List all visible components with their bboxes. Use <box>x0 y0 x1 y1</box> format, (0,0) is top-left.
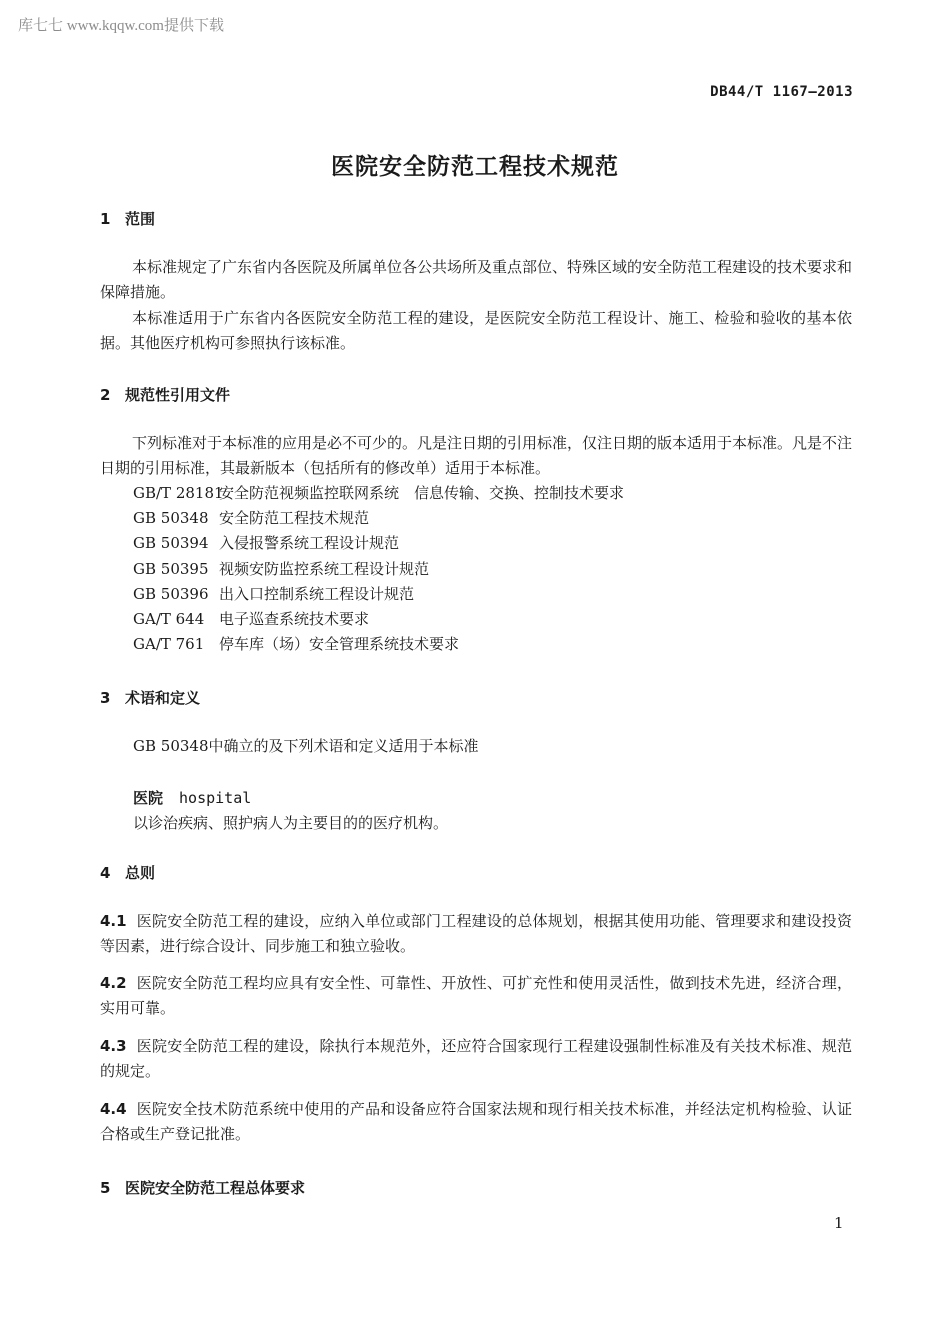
reference-code: GB 50395 <box>133 557 219 582</box>
reference-title: 安全防范视频监控联网系统 信息传输、交换、控制技术要求 <box>219 484 624 502</box>
reference-item: GA/T 761停车库（场）安全管理系统技术要求 <box>133 632 624 657</box>
section-number: 1 <box>100 210 125 228</box>
reference-item: GB/T 28181安全防范视频监控联网系统 信息传输、交换、控制技术要求 <box>133 481 624 506</box>
page-number: 1 <box>834 1214 844 1232</box>
section-2-heading: 2规范性引用文件 <box>100 384 230 405</box>
clause-4-3: 4.3医院安全防范工程的建设，除执行本规范外，还应符合国家现行工程建设强制性标准… <box>100 1034 852 1084</box>
section-number: 2 <box>100 386 125 404</box>
section-4-heading: 4总则 <box>100 862 155 883</box>
section-1-heading: 1范围 <box>100 208 155 229</box>
clause-4-1: 4.1医院安全防范工程的建设，应纳入单位或部门工程建设的总体规划，根据其使用功能… <box>100 909 852 959</box>
reference-item: GB 50396出入口控制系统工程设计规范 <box>133 582 624 607</box>
clause-text: 医院安全防范工程的建设，应纳入单位或部门工程建设的总体规划，根据其使用功能、管理… <box>100 912 852 955</box>
clause-4-2: 4.2医院安全防范工程均应具有安全性、可靠性、开放性、可扩充性和使用灵活性，做到… <box>100 971 852 1021</box>
section-2-intro: 下列标准对于本标准的应用是必不可少的。凡是注日期的引用标准，仅注日期的版本适用于… <box>100 431 852 481</box>
clause-number: 4.2 <box>100 974 127 992</box>
section-title: 医院安全防范工程总体要求 <box>125 1179 305 1197</box>
reference-item: GB 50394入侵报警系统工程设计规范 <box>133 531 624 556</box>
section-title: 术语和定义 <box>125 689 200 707</box>
clause-text: 医院安全防范工程的建设，除执行本规范外，还应符合国家现行工程建设强制性标准及有关… <box>100 1037 852 1080</box>
reference-code: GB 50348 <box>133 506 219 531</box>
clause-number: 4.1 <box>100 912 127 930</box>
section-3-intro: GB 50348中确立的及下列术语和定义适用于本标准 <box>133 734 479 759</box>
document-number: DB44/T 1167—2013 <box>710 84 853 100</box>
reference-item: GB 50395视频安防监控系统工程设计规范 <box>133 557 624 582</box>
reference-item: GA/T 644电子巡查系统技术要求 <box>133 607 624 632</box>
page-title: 医院安全防范工程技术规范 <box>0 148 950 181</box>
section-1-paragraph-1: 本标准规定了广东省内各医院及所属单位各公共场所及重点部位、特殊区域的安全防范工程… <box>100 255 852 305</box>
section-title: 范围 <box>125 210 155 228</box>
reference-title: 停车库（场）安全管理系统技术要求 <box>219 635 459 653</box>
term-english: hospital <box>179 789 251 807</box>
term-entry: 医院hospital 以诊治疾病、照护病人为主要目的的医疗机构。 <box>133 786 448 836</box>
term-chinese: 医院 <box>133 789 163 807</box>
section-1-paragraph-2: 本标准适用于广东省内各医院安全防范工程的建设，是医院安全防范工程设计、施工、检验… <box>100 306 852 356</box>
reference-code: GB 50394 <box>133 531 219 556</box>
reference-code: GA/T 761 <box>133 632 219 657</box>
reference-code: GB 50396 <box>133 582 219 607</box>
clause-4-4: 4.4医院安全技术防范系统中使用的产品和设备应符合国家法规和现行相关技术标准，并… <box>100 1097 852 1147</box>
reference-title: 安全防范工程技术规范 <box>219 509 369 527</box>
section-title: 规范性引用文件 <box>125 386 230 404</box>
reference-title: 入侵报警系统工程设计规范 <box>219 534 399 552</box>
section-number: 3 <box>100 689 125 707</box>
reference-title: 出入口控制系统工程设计规范 <box>219 585 414 603</box>
section-5-heading: 5医院安全防范工程总体要求 <box>100 1177 305 1198</box>
section-title: 总则 <box>125 864 155 882</box>
clause-text: 医院安全技术防范系统中使用的产品和设备应符合国家法规和现行相关技术标准，并经法定… <box>100 1100 852 1143</box>
section-number: 5 <box>100 1179 125 1197</box>
term-definition: 以诊治疾病、照护病人为主要目的的医疗机构。 <box>133 811 448 836</box>
clause-number: 4.3 <box>100 1037 127 1055</box>
section-number: 4 <box>100 864 125 882</box>
clause-number: 4.4 <box>100 1100 127 1118</box>
reference-code: GA/T 644 <box>133 607 219 632</box>
watermark: 库七七 www.kqqw.com提供下载 <box>18 14 224 35</box>
reference-code: GB/T 28181 <box>133 481 219 506</box>
reference-title: 视频安防监控系统工程设计规范 <box>219 560 429 578</box>
reference-list: GB/T 28181安全防范视频监控联网系统 信息传输、交换、控制技术要求 GB… <box>133 481 624 657</box>
reference-title: 电子巡查系统技术要求 <box>219 610 369 628</box>
reference-item: GB 50348安全防范工程技术规范 <box>133 506 624 531</box>
clause-text: 医院安全防范工程均应具有安全性、可靠性、开放性、可扩充性和使用灵活性，做到技术先… <box>100 974 852 1017</box>
section-3-heading: 3术语和定义 <box>100 687 200 708</box>
